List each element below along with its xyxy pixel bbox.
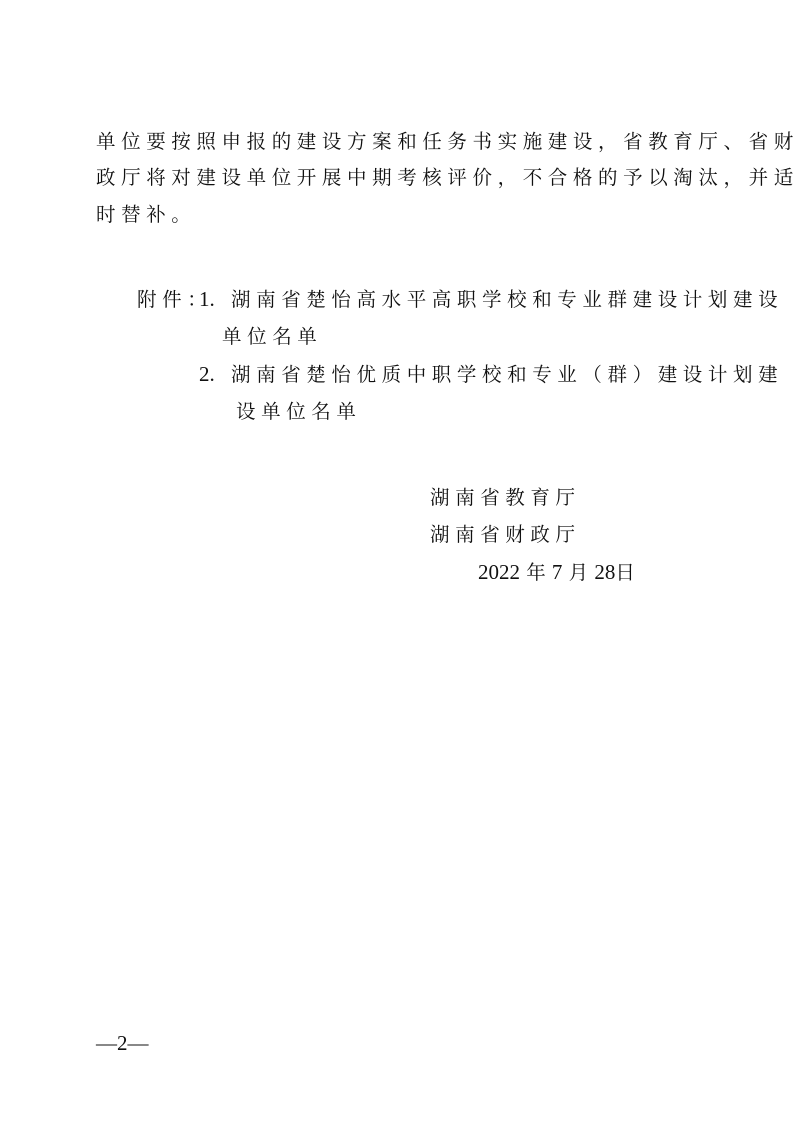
signature-org-finance: 湖南省财政厅 (430, 525, 581, 545)
paragraph-line-1: 单位要按照申报的建设方案和任务书实施建设，省教育厅、省财 (96, 132, 793, 152)
attachment-2-title-cont: 设单位名单 (236, 402, 362, 422)
attachment-2-title: 湖南省楚怡优质中职学校和专业（群）建设计划建 (231, 365, 783, 385)
paragraph-line-2: 政厅将对建设单位开展中期考核评价，不合格的予以淘汰，并适 (96, 168, 793, 188)
date-day: 28 (594, 560, 615, 584)
date-month-unit: 月 (569, 561, 589, 584)
date-year: 2022 (478, 560, 520, 584)
signature-date: 2022 年 7 月 28日 (478, 562, 635, 583)
attachment-2-number: 2. (199, 364, 215, 385)
date-year-unit: 年 (526, 561, 546, 584)
paragraph-line-3: 时替补。 (96, 205, 196, 225)
date-month: 7 (552, 560, 563, 584)
signature-org-education: 湖南省教育厅 (430, 488, 581, 508)
date-day-unit: 日 (615, 561, 635, 584)
page-number: —2— (96, 1031, 149, 1056)
attachment-1-title: 湖南省楚怡高水平高职学校和专业群建设计划建设 (231, 290, 783, 310)
attachment-1-number: 1. (199, 289, 215, 310)
attachment-1-title-cont: 单位名单 (222, 327, 322, 347)
